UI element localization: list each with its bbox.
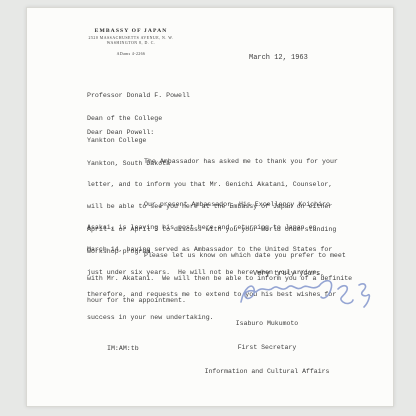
body-line: Asakai, is leaving his post here and ret… — [87, 224, 336, 232]
recipient-line: Dean of the College — [87, 115, 190, 123]
body-line: Please let us know on which date you pre… — [87, 252, 352, 260]
body-line: Our present Ambassador, His Excellency K… — [87, 201, 336, 209]
body-line: The Ambassador has asked me to thank you… — [87, 158, 338, 166]
embassy-name: EMBASSY OF JAPAN — [85, 28, 177, 34]
signer-department: Information and Cultural Affairs — [177, 368, 357, 376]
letter-page: EMBASSY OF JAPAN 2520 MASSACHUSETTS AVEN… — [26, 7, 394, 407]
embassy-address-line1: 2520 MASSACHUSETTS AVENUE, N. W. — [85, 36, 177, 40]
scanned-letter-screenshot: { "letterhead": { "embassy": "EMBASSY OF… — [0, 0, 416, 416]
embassy-phone: ADams 4-2266 — [85, 52, 177, 56]
signer-name: Isaburo Mukumoto — [177, 320, 357, 328]
embassy-address-line2: WASHINGTON 8, D. C. — [85, 41, 177, 45]
letterhead: EMBASSY OF JAPAN 2520 MASSACHUSETTS AVEN… — [85, 28, 177, 56]
letter-date: March 12, 1963 — [249, 55, 308, 63]
salutation: Dear Dean Powell: — [87, 129, 154, 137]
signer-title: First Secretary — [177, 344, 357, 352]
signer-block: Isaburo Mukumoto First Secretary Informa… — [177, 304, 357, 392]
recipient-line: Professor Donald F. Powell — [87, 92, 190, 100]
reference-initials: IM:AM:tb — [107, 345, 139, 353]
